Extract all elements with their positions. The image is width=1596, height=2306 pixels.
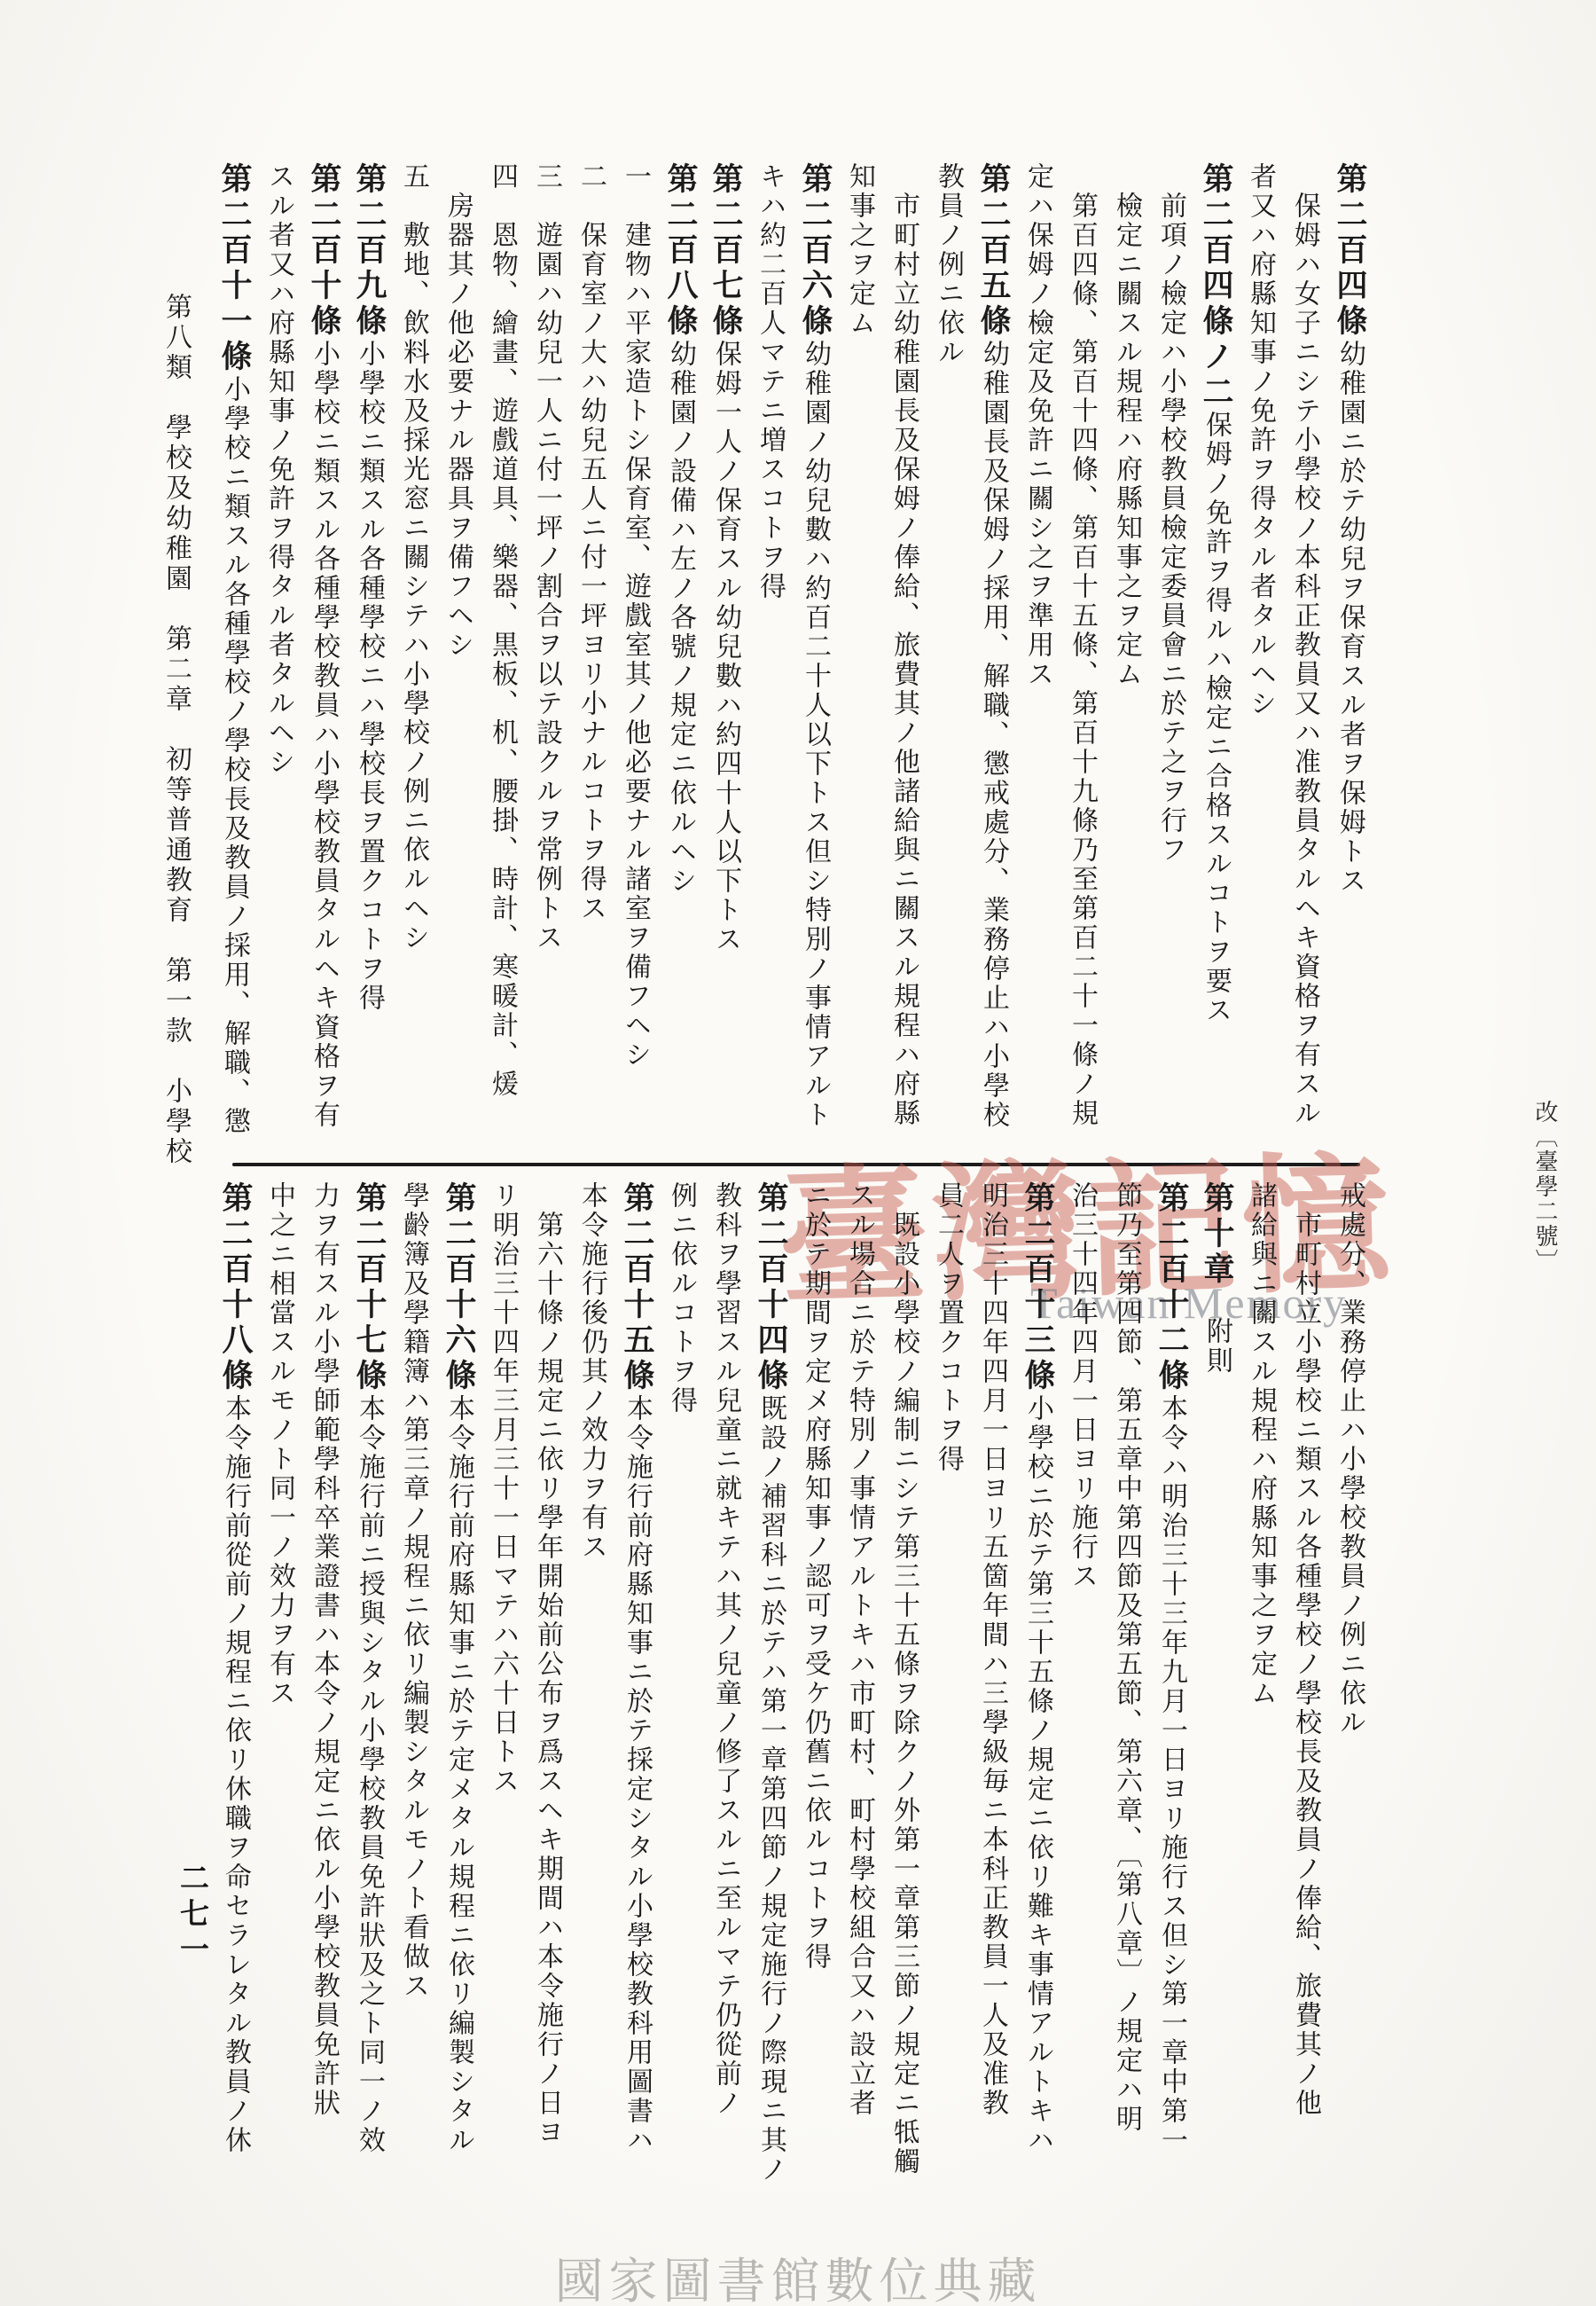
article-text: 戒處分、業務停止ハ小學校教員ノ例ニ依ル — [1334, 1181, 1365, 1737]
article-text: 保姆ハ女子ニシテ小學校ノ本科正教員又ハ准教員タルヘキ資格ヲ有スル — [1289, 192, 1320, 1128]
article-text: 治三十四年四月一日ヨリ施行ス — [1067, 1181, 1098, 1591]
article-text: 節乃至第四節、第五章中第四節及第五節、第六章、〔第八章〕ノ規定ハ明 — [1111, 1181, 1142, 2134]
article-text: 一 建物ハ平家造トシ保育室、遊戲室其ノ他必要ナル諸室ヲ備フヘシ — [620, 162, 651, 1070]
text-column: 力ヲ有スル小學師範學科卒業證書ハ本令ノ規定ニ依ル小學校教員免許狀 — [310, 1181, 338, 2177]
text-column: 本令施行後仍其ノ效力ヲ有ス — [578, 1181, 606, 2177]
article-text: 市町村立小學校ニ類スル各種學校ノ學校長及教員ノ俸給、旅費其ノ他 — [1290, 1211, 1321, 2118]
article-number: 第二百十四條 — [753, 1181, 788, 1394]
article-text: 第六十條ノ規定ニ依リ學年開始前公布ヲ爲スヘキ期間ハ本令施行ノ日ヨ — [532, 1211, 563, 2147]
article-number: 第二百十七條 — [351, 1181, 387, 1394]
running-head: 第八類 學校及幼稚園 第二章 初等普通教育 第一款 小學校 — [156, 293, 195, 1020]
text-column: 教員ノ例ニ依ル — [935, 162, 962, 1160]
text-column: 第二百七條保姆一人ノ保育スル幼兒數ハ約四十人以下トス — [711, 162, 739, 1160]
text-column: 節乃至第四節、第五章中第四節及第五節、第六章、〔第八章〕ノ規定ハ明 — [1113, 1181, 1140, 2177]
article-number: 第二百十一條 — [216, 162, 252, 375]
text-column: ニ於テ期間ヲ定メ府縣知事ノ認可ヲ受ケ仍舊ニ依ルコトヲ得 — [802, 1181, 829, 2177]
text-column: 保姆ハ女子ニシテ小學校ノ本科正教員又ハ准教員タルヘキ資格ヲ有スル — [1291, 162, 1318, 1160]
article-text: 附則 — [1201, 1288, 1232, 1376]
text-column: 三 遊園ハ幼兒一人ニ付一坪ノ割合ヲ以テ設クルヲ常例トス — [533, 162, 560, 1160]
article-text: リ明治三十四年三月三十一日マテハ六十日トス — [488, 1181, 519, 1796]
footer-archive-credit: 國家圖書館數位典藏 — [0, 2242, 1596, 2306]
article-text: 二 保育室ノ大ハ幼兒五人ニ付一坪ヨリ小ナルコトヲ得ス — [575, 162, 606, 923]
article-number: 第二百十五條 — [619, 1181, 654, 1394]
article-text: 學齡簿及學籍簿ハ第三章ノ規程ニ依リ編製シタルモノト看做ス — [398, 1181, 429, 2001]
text-column: 既設小學校ノ編制ニシテ第三十五條ヲ除クノ外第一章第三節ノ規定ニ牴觸 — [890, 1181, 918, 2177]
article-text: 五 敷地、飲料水及採光窓ニ關シテハ小學校ノ例ニ依ルヘシ — [398, 162, 429, 953]
article-text: キハ約二百人マテニ増スコトヲ得 — [755, 162, 786, 601]
text-column: 第十章 附則 — [1202, 1181, 1231, 2177]
text-column: 第二百十一條小學校ニ類スル各種學校ノ學校長及教員ノ採用、解職、懲 — [220, 162, 248, 1160]
article-number: 第二百十八條 — [217, 1181, 253, 1394]
article-text: 既設小學校ノ編制ニシテ第三十五條ヲ除クノ外第一章第三節ノ規定ニ牴觸 — [888, 1211, 919, 2177]
article-text: 第百四條、第百十四條、第百十五條、第百十九條乃至第百二十一條ノ規 — [1067, 192, 1098, 1128]
text-column: 第二百十六條本令施行前府縣知事ニ於テ定メタル規程ニ依リ編製シタル — [444, 1181, 473, 2177]
article-text: 員二人ヲ置クコトヲ得 — [933, 1181, 964, 1474]
article-text: 知事之ヲ定ム — [844, 162, 875, 338]
register-lower: 戒處分、業務停止ハ小學校教員ノ例ニ依ル市町村立小學校ニ類スル各種學校ノ學校長及教… — [153, 1181, 1364, 2177]
article-text: 本令施行前ニ授與シタル小學校教員免許狀及之ト同一ノ效 — [354, 1394, 385, 2155]
text-column: 第二百六條幼稚園ノ幼兒數ハ約百二十人以下トス但シ特別ノ事情アルト — [801, 162, 829, 1160]
article-text: 幼稚園長及保姆ノ採用、解職、懲戒處分、業務停止ハ小學校 — [978, 340, 1009, 1130]
text-column: 檢定ニ關スル規程ハ府縣知事之ヲ定ム — [1113, 162, 1140, 1160]
text-column: 前項ノ檢定ハ小學校教員檢定委員會ニ於テ之ヲ行フ — [1157, 162, 1185, 1160]
text-column: 第百四條、第百十四條、第百十五條、第百十九條乃至第百二十一條ノ規 — [1068, 162, 1096, 1160]
text-column: スル者又ハ府縣知事ノ免許ヲ得タル者タルヘシ — [265, 162, 293, 1160]
article-text: 明治三十四年四月一日ヨリ五箇年間ハ三學級毎ニ本科正教員一人及准教 — [977, 1181, 1008, 2118]
text-column: 房器其ノ他必要ナル器具ヲ備フヘシ — [444, 162, 472, 1160]
article-text: 保姆ノ免許ヲ得ルハ檢定ニ合格スルコトヲ要ス — [1201, 411, 1232, 1025]
text-column: 四 恩物、繪畫、遊戲道具、樂器、黒板、机、腰掛、時計、寒暖計、煖 — [489, 162, 516, 1160]
article-text: 保姆一人ノ保育スル幼兒數ハ約四十人以下トス — [710, 340, 741, 954]
text-column: 第二百八條幼稚園ノ設備ハ左ノ各號ノ規定ニ依ルヘシ — [666, 162, 694, 1160]
text-column: 第二百十五條本令施行前府縣知事ニ於テ採定シタル小學校教科用圖書ハ — [622, 1181, 651, 2177]
article-text: 幼稚園ノ幼兒數ハ約百二十人以下トス但シ特別ノ事情アルト — [800, 340, 831, 1130]
article-number: 第二百十三條 — [1020, 1181, 1055, 1394]
article-number: 第二百四條 — [1332, 162, 1367, 340]
text-column: リ明治三十四年三月三十一日マテハ六十日トス — [489, 1181, 517, 2177]
article-text: 既設ノ補習科ニ於テハ第一章第四節ノ規定施行ノ際現ニ其ノ — [755, 1394, 786, 2184]
text-column: 第二百十八條本令施行前從前ノ規程ニ依リ休職ヲ命セラレタル教員ノ休 — [221, 1181, 249, 2177]
text-column: キハ約二百人マテニ増スコトヲ得 — [756, 162, 784, 1160]
article-text: 幼稚園ノ設備ハ左ノ各號ノ規定ニ依ルヘシ — [665, 340, 696, 896]
article-text: 本令施行後仍其ノ效力ヲ有ス — [576, 1181, 607, 1562]
article-number: 第二百十條 — [306, 162, 341, 340]
text-column: 第二百五條幼稚園長及保姆ノ採用、解職、懲戒處分、業務停止ハ小學校 — [979, 162, 1007, 1160]
article-number: 第十章 — [1199, 1181, 1234, 1288]
article-text: 定ハ保姆ノ檢定及免許ニ關シ之ヲ準用ス — [1022, 162, 1053, 689]
article-text: スル場合ニ於テ特別ノ事情アルトキハ市町村、町村學校組合又ハ設立者 — [844, 1181, 875, 2118]
register-upper: 第二百四條幼稚園ニ於テ幼兒ヲ保育スル者ヲ保姆トス保姆ハ女子ニシテ小學校ノ本科正教… — [153, 162, 1364, 1160]
article-text: 檢定ニ關スル規程ハ府縣知事之ヲ定ム — [1111, 192, 1142, 689]
edition-stamp: 改〔臺學二號〕 — [1529, 1100, 1561, 1274]
text-column: 第二百十三條小學校ニ於テ第三十五條ノ規定ニ依リ難キ事情アルトキハ — [1023, 1181, 1052, 2177]
article-number: 第二百八條 — [662, 162, 698, 340]
article-text: 本令施行前府縣知事ニ於テ定メタル規程ニ依リ編製シタル — [443, 1394, 474, 2155]
article-text: 幼稚園ニ於テ幼兒ヲ保育スル者ヲ保姆トス — [1334, 340, 1365, 896]
article-text: 前項ノ檢定ハ小學校教員檢定委員會ニ於テ之ヲ行フ — [1155, 192, 1186, 865]
text-column: 市町村立小學校ニ類スル各種學校ノ學校長及教員ノ俸給、旅費其ノ他 — [1292, 1181, 1319, 2177]
text-column: 第六十條ノ規定ニ依リ學年開始前公布ヲ爲スヘキ期間ハ本令施行ノ日ヨ — [534, 1181, 561, 2177]
article-text: 者又ハ府縣知事ノ免許ヲ得タル者タルヘシ — [1245, 162, 1276, 718]
text-column: 知事之ヲ定ム — [846, 162, 873, 1160]
article-text: 小學校ニ類スル各種學校ニハ學校長ヲ置クコトヲ得 — [354, 340, 385, 1013]
text-column: 第二百四條ノ二保姆ノ免許ヲ得ルハ檢定ニ合格スルコトヲ要ス — [1201, 162, 1230, 1160]
article-number: 第二百七條 — [708, 162, 743, 340]
text-column: 市町村立幼稚園長及保姆ノ俸給、旅費其ノ他諸給與ニ關スル規程ハ府縣 — [890, 162, 918, 1160]
text-column: 教科ヲ學習スル兒童ニ就キテハ其ノ兒童ノ修了スルニ至ルマテ仍從前ノ — [712, 1181, 739, 2177]
text-column: 第二百九條小學校ニ類スル各種學校ニハ學校長ヲ置クコトヲ得 — [355, 162, 383, 1160]
text-column: 學齡簿及學籍簿ハ第三章ノ規程ニ依リ編製シタルモノト看做ス — [400, 1181, 427, 2177]
article-text: 例ニ依ルコトヲ得 — [666, 1181, 697, 1416]
text-column: 第二百四條幼稚園ニ於テ幼兒ヲ保育スル者ヲ保姆トス — [1335, 162, 1364, 1160]
text-column: 二 保育室ノ大ハ幼兒五人ニ付一坪ヨリ小ナルコトヲ得ス — [577, 162, 605, 1160]
article-text: 房器其ノ他必要ナル器具ヲ備フヘシ — [442, 192, 473, 660]
text-column: スル場合ニ於テ特別ノ事情アルトキハ市町村、町村學校組合又ハ設立者 — [846, 1181, 873, 2177]
article-text: 小學校ニ於テ第三十五條ノ規定ニ依リ難キ事情アルトキハ — [1022, 1394, 1053, 2155]
text-column: 中之ニ相當スルモノト同一ノ效力ヲ有ス — [266, 1181, 293, 2177]
article-text: 力ヲ有スル小學師範學科卒業證書ハ本令ノ規定ニ依ル小學校教員免許狀 — [309, 1181, 340, 2118]
article-number: 第二百四條ノ二 — [1198, 162, 1233, 411]
text-column: 員二人ヲ置クコトヲ得 — [935, 1181, 962, 2177]
article-text: 本令ハ明治三十三年九月一日ヨリ施行ス但シ第一章中第一 — [1156, 1394, 1187, 2155]
article-text: 教科ヲ學習スル兒童ニ就キテハ其ノ兒童ノ修了スルニ至ルマテ仍從前ノ — [710, 1181, 741, 2118]
text-column: 戒處分、業務停止ハ小學校教員ノ例ニ依ル — [1336, 1181, 1364, 2177]
text-column: 定ハ保姆ノ檢定及免許ニ關シ之ヲ準用ス — [1024, 162, 1052, 1160]
article-text: 小學校ニ類スル各種學校ノ學校長及教員ノ採用、解職、懲 — [219, 375, 250, 1136]
article-text: 本令施行前府縣知事ニ於テ採定シタル小學校教科用圖書ハ — [622, 1394, 653, 2155]
text-column: 一 建物ハ平家造トシ保育室、遊戲室其ノ他必要ナル諸室ヲ備フヘシ — [622, 162, 649, 1160]
article-text: 教員ノ例ニ依ル — [933, 162, 964, 367]
text-column: 治三十四年四月一日ヨリ施行ス — [1068, 1181, 1096, 2177]
text-column: 諸給與ニ關スル規程ハ府縣知事之ヲ定ム — [1248, 1181, 1275, 2177]
text-column: 第二百十七條本令施行前ニ授與シタル小學校教員免許狀及之ト同一ノ效 — [355, 1181, 383, 2177]
text-column: 第二百十條小學校ニ類スル各種學校教員ハ小學校教員タルヘキ資格ヲ有 — [309, 162, 338, 1160]
text-column: 第二百十四條既設ノ補習科ニ於テハ第一章第四節ノ規定施行ノ際現ニ其ノ — [756, 1181, 785, 2177]
article-text: 中之ニ相當スルモノト同一ノ效力ヲ有ス — [264, 1181, 295, 1708]
article-text: ニ於テ期間ヲ定メ府縣知事ノ認可ヲ受ケ仍舊ニ依ルコトヲ得 — [800, 1181, 831, 1972]
article-text: 小學校ニ類スル各種學校教員ハ小學校教員タルヘキ資格ヲ有 — [309, 340, 340, 1130]
article-text: スル者又ハ府縣知事ノ免許ヲ得タル者タルヘシ — [263, 162, 294, 777]
text-column: 明治三十四年四月一日ヨリ五箇年間ハ三學級毎ニ本科正教員一人及准教 — [979, 1181, 1006, 2177]
text-column: 第二百十二條本令ハ明治三十三年九月一日ヨリ施行ス但シ第一章中第一 — [1157, 1181, 1185, 2177]
text-column: 者又ハ府縣知事ノ免許ヲ得タル者タルヘシ — [1247, 162, 1274, 1160]
article-text: 本令施行前從前ノ規程ニ依リ休職ヲ命セラレタル教員ノ休 — [220, 1394, 251, 2155]
page-number: 二七一 — [172, 1863, 214, 1969]
article-text: 四 恩物、繪畫、遊戲道具、樂器、黒板、机、腰掛、時計、寒暖計、煖 — [487, 162, 518, 1099]
text-column: 五 敷地、飲料水及採光窓ニ關シテハ小學校ノ例ニ依ルヘシ — [400, 162, 427, 1160]
article-number: 第二百六條 — [797, 162, 833, 340]
article-text: 諸給與ニ關スル規程ハ府縣知事之ヲ定ム — [1246, 1181, 1277, 1708]
article-number: 第二百九條 — [351, 162, 387, 340]
article-number: 第二百十二條 — [1154, 1181, 1189, 1394]
article-number: 第二百五條 — [975, 162, 1011, 340]
text-column: 例ニ依ルコトヲ得 — [668, 1181, 695, 2177]
article-number: 第二百十六條 — [441, 1181, 476, 1394]
article-text: 三 遊園ハ幼兒一人ニ付一坪ノ割合ヲ以テ設クルヲ常例トス — [531, 162, 562, 953]
article-text: 市町村立幼稚園長及保姆ノ俸給、旅費其ノ他諸給與ニ關スル規程ハ府縣 — [888, 192, 919, 1128]
